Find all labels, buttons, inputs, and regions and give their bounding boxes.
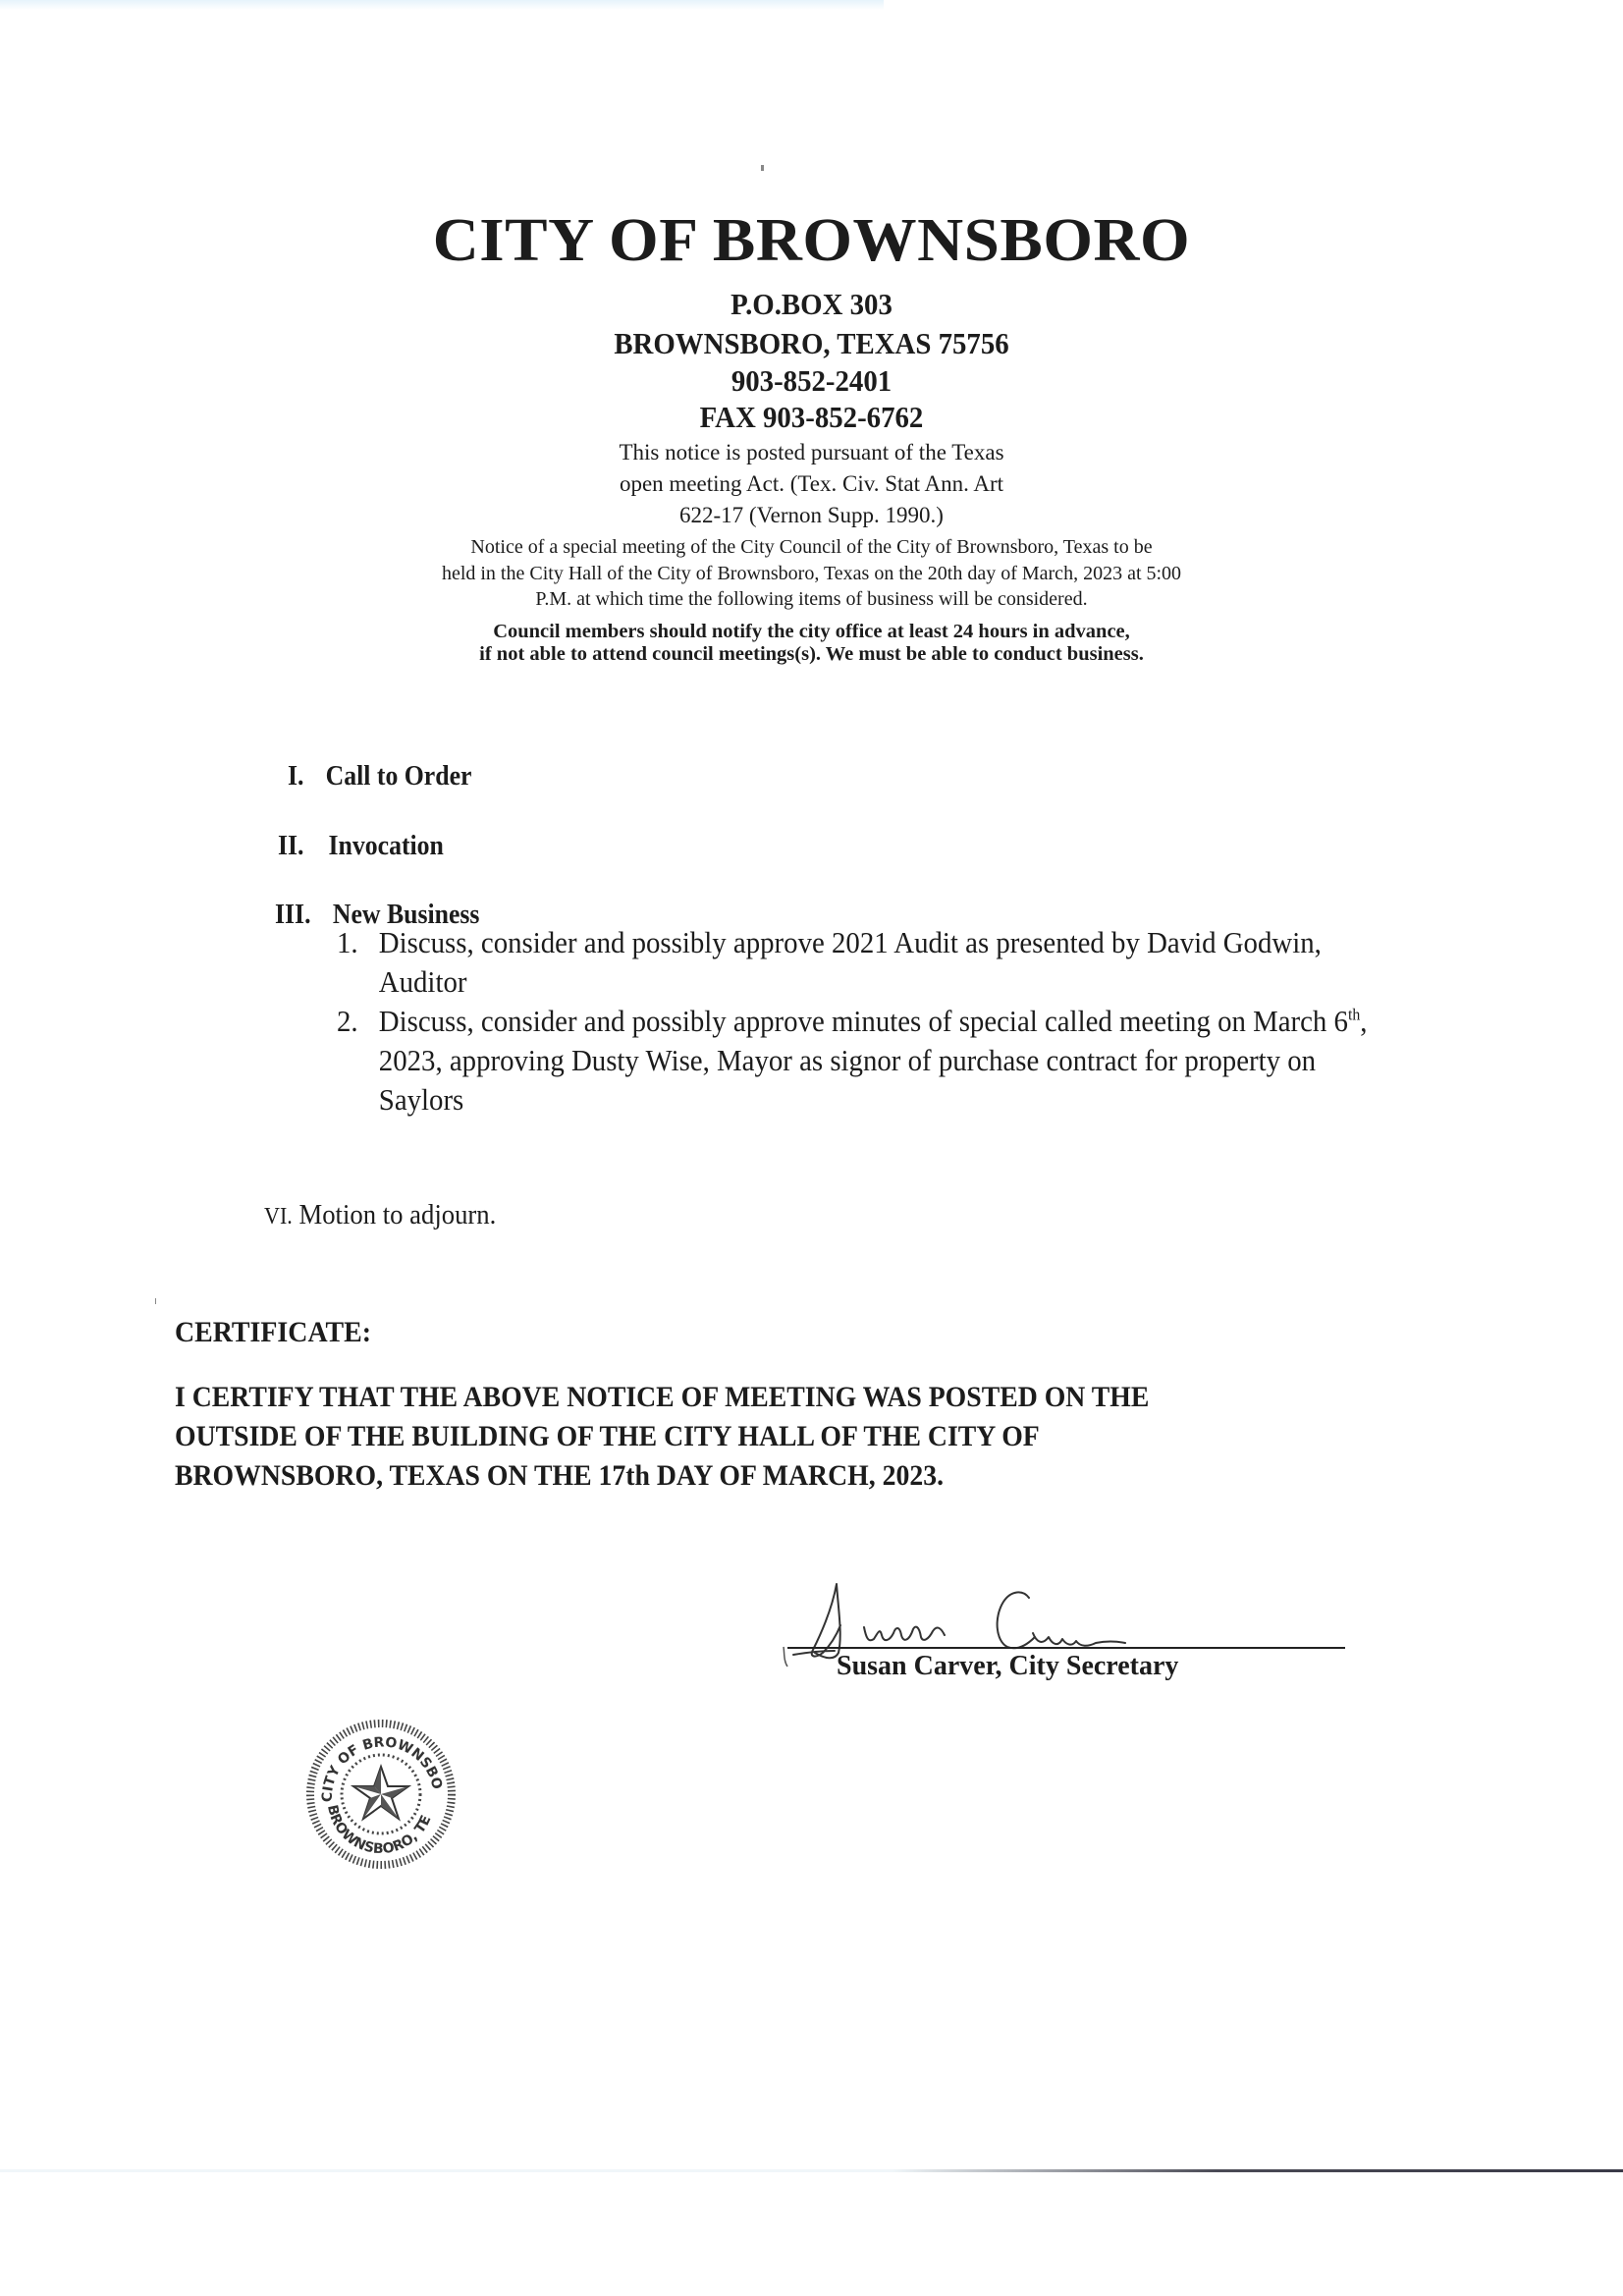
section-title: Invocation (329, 831, 444, 861)
section-numeral: III. (275, 900, 333, 931)
section-numeral: I. (288, 761, 326, 793)
ordinal-suffix: th (1348, 1006, 1360, 1024)
agenda-section-adjourn: VI. Motion to adjourn. (264, 1199, 496, 1231)
scan-speck (155, 1298, 156, 1304)
attendance-note-line: if not able to attend council meetings(s… (0, 643, 1623, 666)
attendance-note-line: Council members should notify the city o… (0, 621, 1623, 643)
item-text: Discuss, consider and possibly approve m… (337, 1002, 1369, 1120)
scan-speck (761, 165, 764, 171)
item-number: 1. (337, 923, 358, 962)
agenda-section-invocation: II.Invocation (278, 831, 444, 862)
new-business-item: 1. Discuss, consider and possibly approv… (337, 923, 1369, 1002)
legal-notice-line: open meeting Act. (Tex. Civ. Stat Ann. A… (0, 471, 1623, 497)
section-numeral: II. (278, 831, 329, 862)
scan-edge-bottom (0, 2169, 1623, 2172)
legal-notice-line: 622-17 (Vernon Supp. 1990.) (0, 503, 1623, 528)
fax-number: FAX 903-852-6762 (57, 400, 1566, 435)
item-number: 2. (337, 1002, 358, 1041)
star-icon (353, 1767, 408, 1819)
item-text: Discuss, consider and possibly approve 2… (337, 923, 1369, 1002)
signature-line (787, 1647, 1345, 1649)
certificate-statement: I CERTIFY THAT THE ABOVE NOTICE OF MEETI… (175, 1378, 1401, 1496)
section-title: Motion to adjourn. (298, 1199, 496, 1230)
new-business-item: 2. Discuss, consider and possibly approv… (337, 1002, 1369, 1120)
legal-notice-line: This notice is posted pursuant of the Te… (0, 440, 1623, 465)
phone-number: 903-852-2401 (57, 363, 1566, 399)
meeting-notice-line: Notice of a special meeting of the City … (0, 536, 1623, 559)
po-box: P.O.BOX 303 (57, 287, 1566, 322)
agenda-section-call-to-order: I.Call to Order (288, 761, 471, 793)
signer-name-title: Susan Carver, City Secretary (837, 1651, 1178, 1682)
meeting-notice-line: P.M. at which time the following items o… (0, 588, 1623, 611)
city-seal: CITY OF BROWNSBORO BROWNSBORO, TEXAS (293, 1714, 469, 1871)
scan-edge-top (0, 0, 884, 10)
certificate-line: I CERTIFY THAT THE ABOVE NOTICE OF MEETI… (175, 1378, 1401, 1417)
certificate-line: BROWNSBORO, TEXAS ON THE 17th DAY OF MAR… (175, 1456, 1401, 1496)
meeting-notice-line: held in the City Hall of the City of Bro… (0, 563, 1623, 585)
signature-block: Susan Carver, City Secretary (776, 1557, 1345, 1674)
certificate-heading: CERTIFICATE: (175, 1316, 371, 1349)
city-state-zip: BROWNSBORO, TEXAS 75756 (57, 326, 1566, 361)
document-title: CITY OF BROWNSBORO (0, 206, 1623, 276)
section-title: Call to Order (326, 761, 472, 792)
certificate-line: OUTSIDE OF THE BUILDING OF THE CITY HALL… (175, 1417, 1401, 1456)
section-numeral: VI. (264, 1204, 293, 1230)
